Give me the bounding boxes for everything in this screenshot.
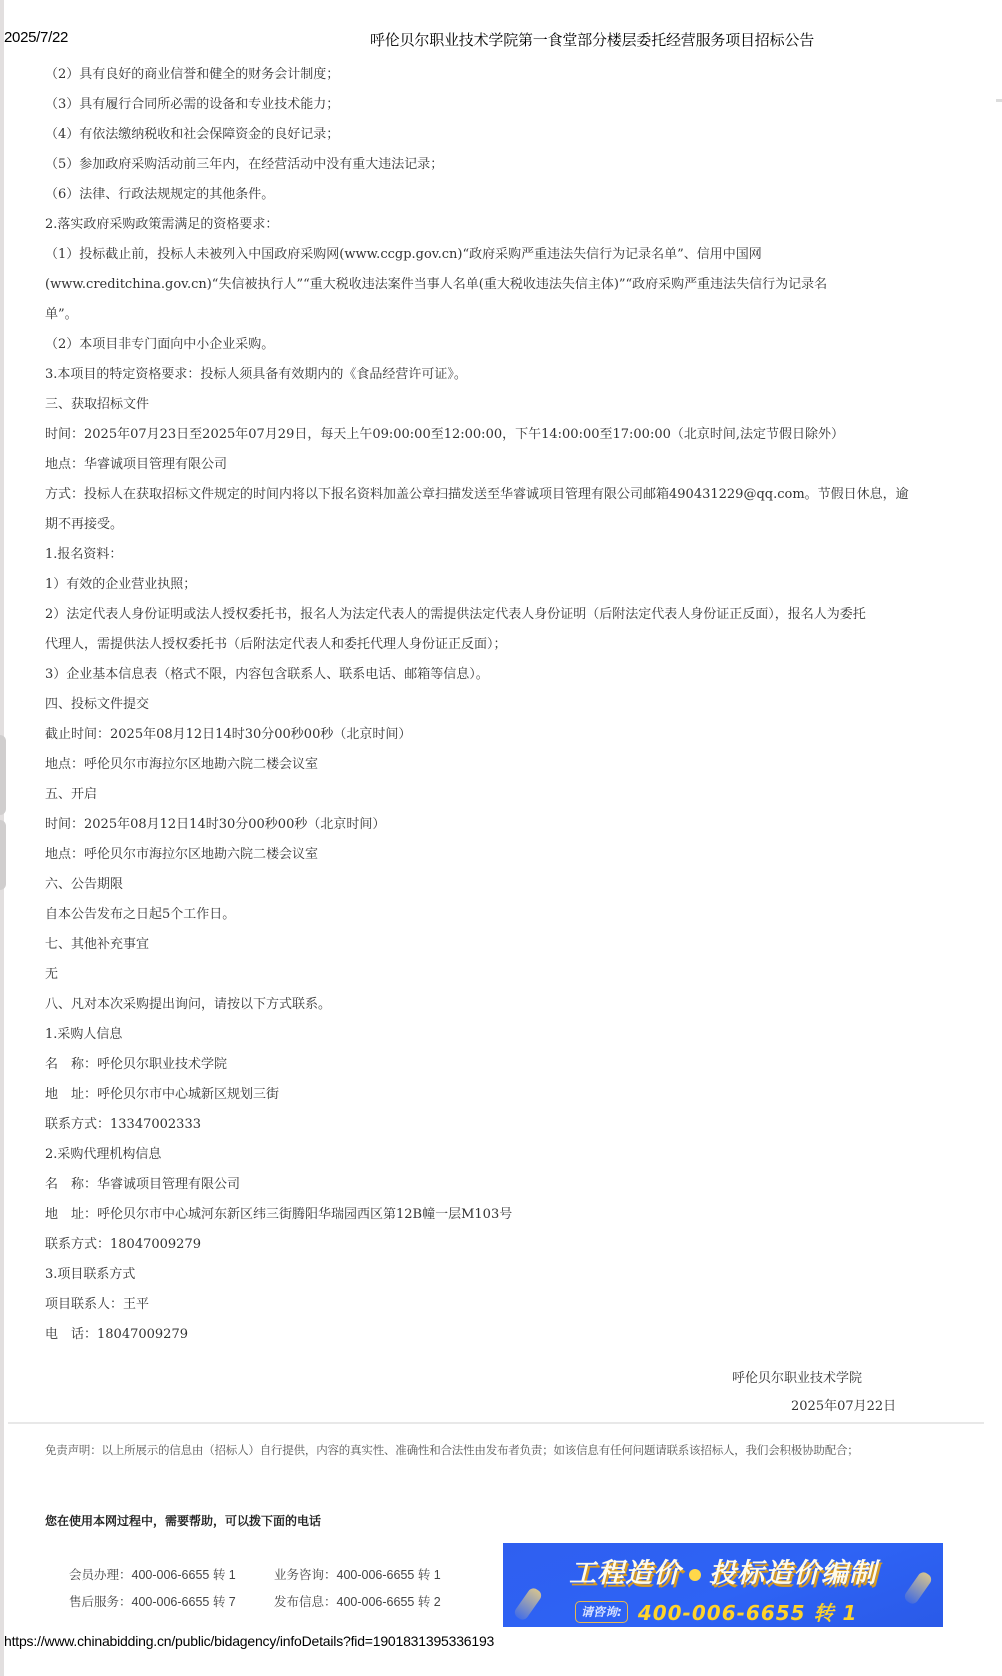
body-line: 时间：2025年07月23日至2025年07月29日，每天上午09:00:00至… [45, 420, 945, 450]
body-line: 3）企业基本信息表（格式不限，内容包含联系人、联系电话、邮箱等信息）。 [45, 660, 945, 690]
body-line: 2）法定代表人身份证明或法人授权委托书，报名人为法定代表人的需提供法定代表人身份… [45, 600, 945, 630]
contact-business: 业务咨询：400-006-6655 转 1 [274, 1562, 479, 1589]
body-line: 2.采购代理机构信息 [45, 1140, 945, 1170]
print-date: 2025/7/22 [4, 29, 68, 46]
banner-title: 工程造价投标造价编制 [503, 1551, 943, 1590]
body-line: 四、投标文件提交 [45, 690, 945, 720]
contact-membership: 会员办理：400-006-6655 转 1 [69, 1562, 274, 1589]
body-line: （2）具有良好的商业信誉和健全的财务会计制度； [45, 60, 945, 90]
announcement-body: （2）具有良好的商业信誉和健全的财务会计制度；（3）具有履行合同所必需的设备和专… [45, 60, 945, 1350]
body-line: 联系方式：18047009279 [45, 1230, 945, 1260]
body-line: （1）投标截止前，投标人未被列入中国政府采购网(www.ccgp.gov.cn)… [45, 240, 945, 270]
banner-badge: 请咨询: [575, 1601, 628, 1623]
page-url: https://www.chinabidding.cn/public/bidag… [4, 1633, 494, 1649]
body-line: （2）本项目非专门面向中小企业采购。 [45, 330, 945, 360]
ad-banner[interactable]: 工程造价投标造价编制 请咨询: 400-006-6655 转 1 [503, 1543, 943, 1627]
body-line: 五、开启 [45, 780, 945, 810]
scroll-marker [0, 735, 6, 815]
banner-phone: 400-006-6655 转 1 [638, 1597, 858, 1626]
dot-icon [689, 1569, 701, 1581]
help-contacts: 会员办理：400-006-6655 转 1 业务咨询：400-006-6655 … [69, 1562, 479, 1616]
body-line: 地 址：呼伦贝尔市中心城新区规划三街 [45, 1080, 945, 1110]
body-line: 七、其他补充事宜 [45, 930, 945, 960]
body-line: 2.落实政府采购政策需满足的资格要求： [45, 210, 945, 240]
decorative-streak [513, 1586, 544, 1622]
signature-organization: 呼伦贝尔职业技术学院 [732, 1367, 862, 1386]
body-line: 期不再接受。 [45, 510, 945, 540]
scroll-marker [0, 820, 6, 890]
body-line: 截止时间：2025年08月12日14时30分00秒00秒（北京时间） [45, 720, 945, 750]
body-line: 方式：投标人在获取招标文件规定的时间内将以下报名资料加盖公章扫描发送至华睿诚项目… [45, 480, 945, 510]
body-line: (www.creditchina.gov.cn)“失信被执行人”“重大税收违法案… [45, 270, 945, 300]
banner-title-right: 投标造价编制 [709, 1558, 877, 1589]
body-line: 地点：呼伦贝尔市海拉尔区地勘六院二楼会议室 [45, 840, 945, 870]
banner-contact-row: 请咨询: 400-006-6655 转 1 [575, 1597, 857, 1626]
body-line: 名 称：华睿诚项目管理有限公司 [45, 1170, 945, 1200]
body-line: 联系方式：13347002333 [45, 1110, 945, 1140]
body-line: 地 址：呼伦贝尔市中心城河东新区纬三街腾阳华瑞园西区第12B幢一层M103号 [45, 1200, 945, 1230]
body-line: 项目联系人：王平 [45, 1290, 945, 1320]
contact-aftersales: 售后服务：400-006-6655 转 7 [69, 1589, 274, 1616]
body-line: 时间：2025年08月12日14时30分00秒00秒（北京时间） [45, 810, 945, 840]
body-line: 无 [45, 960, 945, 990]
body-line: （4）有依法缴纳税收和社会保障资金的良好记录； [45, 120, 945, 150]
help-row: 会员办理：400-006-6655 转 1 业务咨询：400-006-6655 … [69, 1562, 479, 1589]
page-title: 呼伦贝尔职业技术学院第一食堂部分楼层委托经营服务项目招标公告 [370, 29, 814, 50]
body-line: 3.项目联系方式 [45, 1260, 945, 1290]
body-line: 地点：华睿诚项目管理有限公司 [45, 450, 945, 480]
body-line: （3）具有履行合同所必需的设备和专业技术能力； [45, 90, 945, 120]
section-divider [8, 1422, 984, 1424]
body-line: 电 话：18047009279 [45, 1320, 945, 1350]
left-edge-rail [0, 0, 4, 1676]
help-title: 您在使用本网过程中，需要帮助，可以拨下面的电话 [45, 1512, 321, 1529]
body-line: （5）参加政府采购活动前三年内，在经营活动中没有重大违法记录； [45, 150, 945, 180]
body-line: 名 称：呼伦贝尔职业技术学院 [45, 1050, 945, 1080]
body-line: 三、获取招标文件 [45, 390, 945, 420]
body-line: 自本公告发布之日起5个工作日。 [45, 900, 945, 930]
body-line: 1）有效的企业营业执照； [45, 570, 945, 600]
body-line: 3.本项目的特定资格要求：投标人须具备有效期内的《食品经营许可证》。 [45, 360, 945, 390]
banner-title-left: 工程造价 [569, 1558, 681, 1589]
body-line: 地点：呼伦贝尔市海拉尔区地勘六院二楼会议室 [45, 750, 945, 780]
edge-tick [996, 99, 1002, 102]
body-line: （6）法律、行政法规规定的其他条件。 [45, 180, 945, 210]
disclaimer-text: 免责声明：以上所展示的信息由（招标人）自行提供，内容的真实性、准确性和合法性由发… [45, 1442, 859, 1458]
body-line: 1.采购人信息 [45, 1020, 945, 1050]
body-line: 代理人，需提供法人授权委托书（后附法定代表人和委托代理人身份证正反面）； [45, 630, 945, 660]
body-line: 单”。 [45, 300, 945, 330]
signature-date: 2025年07月22日 [791, 1395, 896, 1414]
contact-publish: 发布信息：400-006-6655 转 2 [274, 1589, 479, 1616]
help-row: 售后服务：400-006-6655 转 7 发布信息：400-006-6655 … [69, 1589, 479, 1616]
body-line: 1.报名资料： [45, 540, 945, 570]
body-line: 八、凡对本次采购提出询问，请按以下方式联系。 [45, 990, 945, 1020]
body-line: 六、公告期限 [45, 870, 945, 900]
